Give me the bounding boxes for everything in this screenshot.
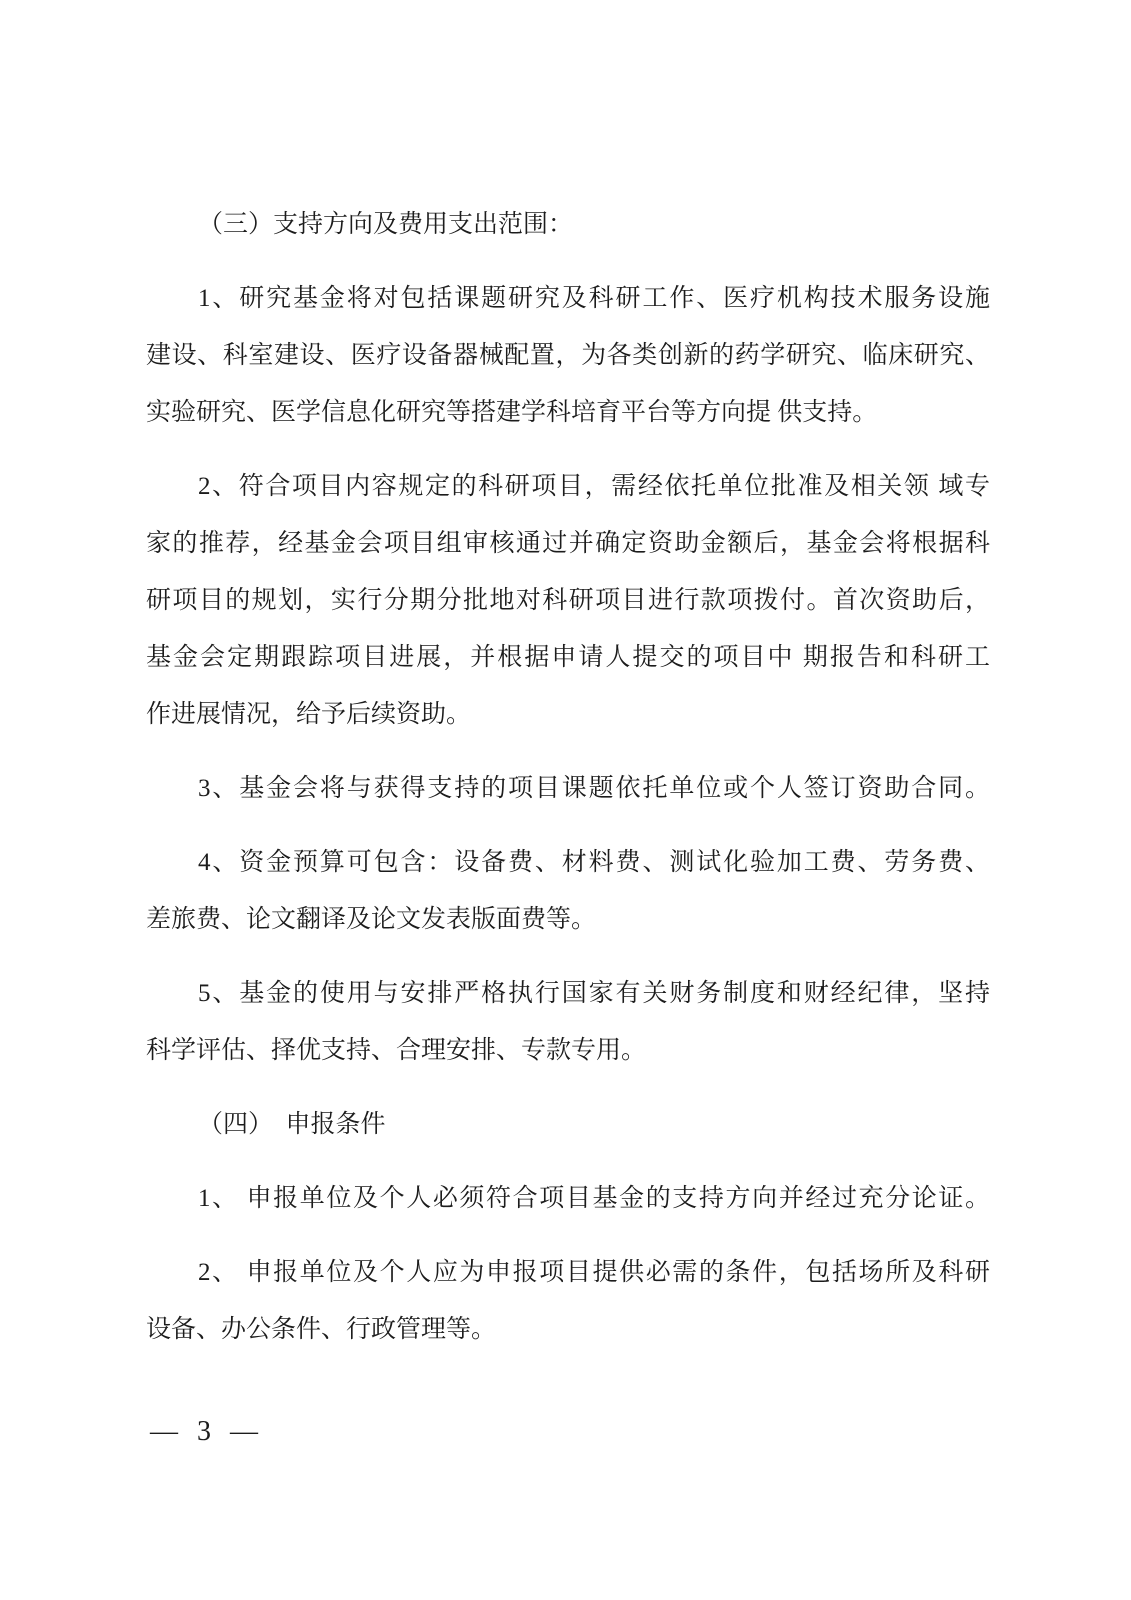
text-line: 家的推荐，经基金会项目组审核通过并确定资助金额后，基金会将根据科 [146, 515, 990, 572]
document-page: （三）支持方向及费用支出范围： 1、研究基金将对包括课题研究及科研工作、医疗机构… [0, 0, 1131, 1600]
text-line: 1、研究基金将对包括课题研究及科研工作、医疗机构技术服务设施 [146, 270, 990, 327]
heading-line: （四） 申报条件 [146, 1096, 990, 1153]
text-line: 2、符合项目内容规定的科研项目，需经依托单位批准及相关领 域专 [146, 458, 990, 515]
paragraph-2: 2、符合项目内容规定的科研项目，需经依托单位批准及相关领 域专 家的推荐，经基金… [146, 458, 990, 743]
document-content: （三）支持方向及费用支出范围： 1、研究基金将对包括课题研究及科研工作、医疗机构… [146, 196, 990, 1358]
text-line: 设备、办公条件、行政管理等。 [146, 1301, 990, 1358]
text-line: 3、基金会将与获得支持的项目课题依托单位或个人签订资助合同。 [146, 760, 990, 817]
paragraph-1: 1、研究基金将对包括课题研究及科研工作、医疗机构技术服务设施 建设、科室建设、医… [146, 270, 990, 441]
text-line: 研项目的规划，实行分期分批地对科研项目进行款项拨付。首次资助后， [146, 572, 990, 629]
paragraph-4: 4、资金预算可包含：设备费、材料费、测试化验加工费、劳务费、 差旅费、论文翻译及… [146, 834, 990, 948]
text-line: 2、 申报单位及个人应为申报项目提供必需的条件，包括场所及科研 [146, 1244, 990, 1301]
text-line: 实验研究、医学信息化研究等搭建学科培育平台等方向提 供支持。 [146, 384, 990, 441]
text-line: 作进展情况，给予后续资助。 [146, 686, 990, 743]
heading-line: （三）支持方向及费用支出范围： [146, 196, 990, 253]
text-line: 科学评估、择优支持、合理安排、专款专用。 [146, 1022, 990, 1079]
paragraph-7: 2、 申报单位及个人应为申报项目提供必需的条件，包括场所及科研 设备、办公条件、… [146, 1244, 990, 1358]
paragraph-3: 3、基金会将与获得支持的项目课题依托单位或个人签订资助合同。 [146, 760, 990, 817]
section-heading-4: （四） 申报条件 [146, 1096, 990, 1153]
text-line: 建设、科室建设、医疗设备器械配置，为各类创新的药学研究、临床研究、 [146, 327, 990, 384]
paragraph-5: 5、基金的使用与安排严格执行国家有关财务制度和财经纪律，坚持 科学评估、择优支持… [146, 965, 990, 1079]
section-heading-3: （三）支持方向及费用支出范围： [146, 196, 990, 253]
text-line: 基金会定期跟踪项目进展，并根据申请人提交的项目中 期报告和科研工 [146, 629, 990, 686]
text-line: 差旅费、论文翻译及论文发表版面费等。 [146, 891, 990, 948]
text-line: 5、基金的使用与安排严格执行国家有关财务制度和财经纪律，坚持 [146, 965, 990, 1022]
text-line: 4、资金预算可包含：设备费、材料费、测试化验加工费、劳务费、 [146, 834, 990, 891]
page-number: — 3 — [150, 1412, 264, 1452]
text-line: 1、 申报单位及个人必须符合项目基金的支持方向并经过充分论证。 [146, 1170, 990, 1227]
paragraph-6: 1、 申报单位及个人必须符合项目基金的支持方向并经过充分论证。 [146, 1170, 990, 1227]
